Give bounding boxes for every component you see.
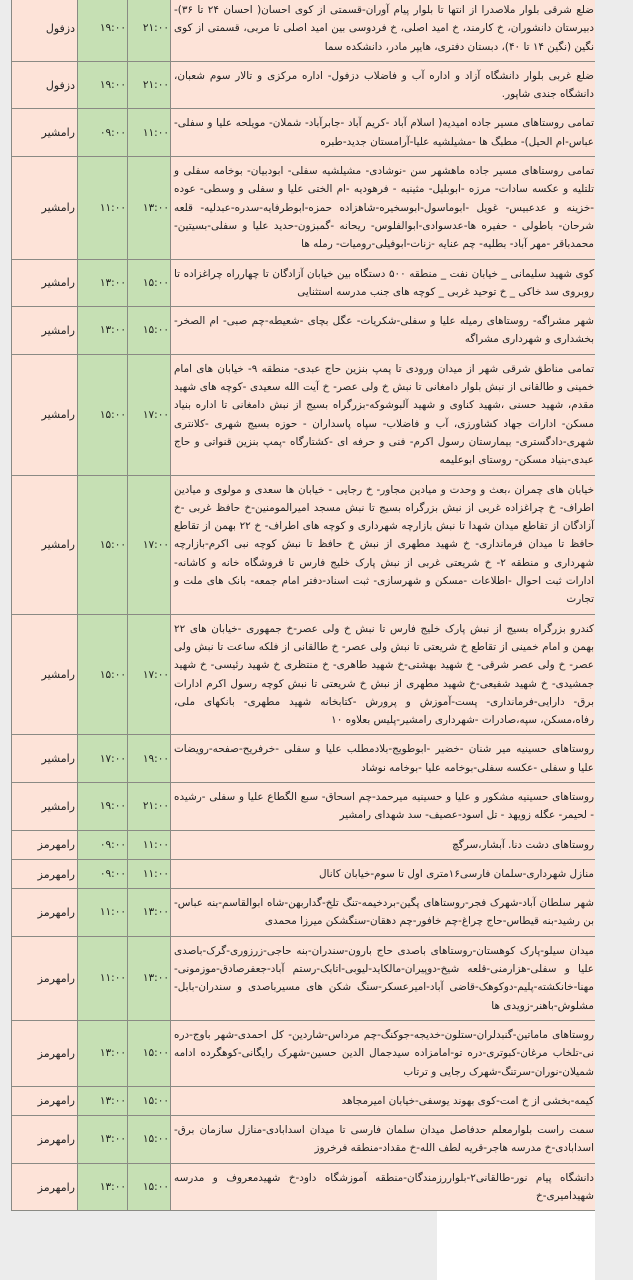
table-row: رامشیر ۱۵:۰۰ ۱۷:۰۰ تمامی مناطق شرقی شهر … (12, 354, 596, 475)
areas-cell: ضلع غربی بلوار دانشگاه آزاد و اداره آب و… (171, 61, 596, 109)
end-time-cell: ۲۱:۰۰ (128, 782, 171, 830)
areas-cell: سمت راست بلوارمعلم حدفاصل میدان سلمان فا… (171, 1116, 596, 1164)
areas-cell: کندرو بزرگراه بسیج از نبش پارک خلیج فارس… (171, 614, 596, 735)
city-cell: رامهرمز (12, 1116, 78, 1164)
city-cell: رامشیر (12, 307, 78, 355)
city-cell: رامشیر (12, 259, 78, 307)
start-time-cell: ۰۹:۰۰ (78, 830, 128, 859)
end-time-cell: ۱۳:۰۰ (128, 936, 171, 1020)
scroll-gutter (595, 0, 633, 1280)
table-row: رامهرمز ۰۹:۰۰ ۱۱:۰۰ روستاهای دشت دنا. آب… (12, 830, 596, 859)
table-row: رامشیر ۱۹:۰۰ ۲۱:۰۰ روستاهای حسینیه مشکور… (12, 782, 596, 830)
table-row: رامهرمز ۱۳:۰۰ ۱۵:۰۰ کیمه-بخشی از خ امت-ک… (12, 1086, 596, 1115)
end-time-cell: ۱۳:۰۰ (128, 889, 171, 937)
start-time-cell: ۱۳:۰۰ (78, 1116, 128, 1164)
areas-cell: روستاهای دشت دنا. آبشار،سرگچ (171, 830, 596, 859)
end-time-cell: ۱۵:۰۰ (128, 1163, 171, 1211)
end-time-cell: ۱۷:۰۰ (128, 614, 171, 735)
city-cell: رامشیر (12, 157, 78, 259)
city-cell: رامهرمز (12, 936, 78, 1020)
table-row: رامشیر ۱۵:۰۰ ۱۷:۰۰ خیابان های چمران ،بعث… (12, 475, 596, 614)
areas-cell: خیابان های چمران ،بعث و وحدت و میادین مج… (171, 475, 596, 614)
end-time-cell: ۲۱:۰۰ (128, 0, 171, 61)
start-time-cell: ۰۹:۰۰ (78, 109, 128, 157)
start-time-cell: ۱۹:۰۰ (78, 782, 128, 830)
city-cell: رامشیر (12, 109, 78, 157)
city-cell: رامشیر (12, 735, 78, 783)
start-time-cell: ۱۱:۰۰ (78, 889, 128, 937)
table-row: رامهرمز ۱۳:۰۰ ۱۵:۰۰ دانشگاه پیام نور-طال… (12, 1163, 596, 1211)
city-cell: رامهرمز (12, 830, 78, 859)
areas-cell: تمامی روستاهای مسیر جاده ماهشهر سن -نوشا… (171, 157, 596, 259)
end-time-cell: ۱۳:۰۰ (128, 157, 171, 259)
table-row: رامشیر ۱۱:۰۰ ۱۳:۰۰ تمامی روستاهای مسیر ج… (12, 157, 596, 259)
areas-cell: روستاهای حسینیه مشکور و علیا و حسینیه می… (171, 782, 596, 830)
start-time-cell: ۱۵:۰۰ (78, 614, 128, 735)
areas-cell: کیمه-بخشی از خ امت-کوی بهوند یوسفی-خیابا… (171, 1086, 596, 1115)
end-time-cell: ۱۹:۰۰ (128, 735, 171, 783)
city-cell: دزفول (12, 0, 78, 61)
city-cell: رامهرمز (12, 859, 78, 888)
end-time-cell: ۲۱:۰۰ (128, 61, 171, 109)
start-time-cell: ۱۹:۰۰ (78, 61, 128, 109)
areas-cell: تمامی مناطق شرقی شهر از میدان ورودی تا پ… (171, 354, 596, 475)
areas-cell: کوی شهید سلیمانی _ خیابان نفت _ منطقه ۵۰… (171, 259, 596, 307)
areas-cell: میدان سیلو-پارک کوهستان-روستاهای باصدی ح… (171, 936, 596, 1020)
city-cell: رامشیر (12, 614, 78, 735)
table-row: رامشیر ۱۳:۰۰ ۱۵:۰۰ کوی شهید سلیمانی _ خی… (12, 259, 596, 307)
city-cell: رامهرمز (12, 889, 78, 937)
start-time-cell: ۰۹:۰۰ (78, 859, 128, 888)
table-row: رامشیر ۱۷:۰۰ ۱۹:۰۰ روستاهای حسینیه میر ش… (12, 735, 596, 783)
end-time-cell: ۱۵:۰۰ (128, 1020, 171, 1086)
start-time-cell: ۱۳:۰۰ (78, 1020, 128, 1086)
table-row: رامشیر ۰۹:۰۰ ۱۱:۰۰ تمامی روستاهای مسیر ج… (12, 109, 596, 157)
table-row: رامهرمز ۱۱:۰۰ ۱۳:۰۰ میدان سیلو-پارک کوهس… (12, 936, 596, 1020)
start-time-cell: ۱۳:۰۰ (78, 259, 128, 307)
end-time-cell: ۱۵:۰۰ (128, 307, 171, 355)
end-time-cell: ۱۱:۰۰ (128, 109, 171, 157)
end-time-cell: ۱۵:۰۰ (128, 1116, 171, 1164)
areas-cell: روستاهای ماماتین-گنبدلران-ستلون-خدیجه-جو… (171, 1020, 596, 1086)
table-row: رامهرمز ۰۹:۰۰ ۱۱:۰۰ منازل شهرداری-سلمان … (12, 859, 596, 888)
table-row: رامهرمز ۱۳:۰۰ ۱۵:۰۰ سمت راست بلوارمعلم ح… (12, 1116, 596, 1164)
areas-cell: منازل شهرداری-سلمان فارسی۱۶متری اول تا س… (171, 859, 596, 888)
table-row: رامشیر ۱۵:۰۰ ۱۷:۰۰ کندرو بزرگراه بسیج از… (12, 614, 596, 735)
areas-cell: تمامی روستاهای مسیر جاده امیدیه( اسلام آ… (171, 109, 596, 157)
start-time-cell: ۱۹:۰۰ (78, 0, 128, 61)
end-time-cell: ۱۷:۰۰ (128, 475, 171, 614)
city-cell: رامشیر (12, 354, 78, 475)
areas-cell: روستاهای حسینیه میر شنان -خضیر -ابوطویج-… (171, 735, 596, 783)
areas-cell: شهر سلطان آباد-شهرک فجر-روستاهای پگین-بر… (171, 889, 596, 937)
start-time-cell: ۱۱:۰۰ (78, 936, 128, 1020)
table-row: رامشیر ۱۳:۰۰ ۱۵:۰۰ شهر مشراگه- روستاهای … (12, 307, 596, 355)
areas-cell: دانشگاه پیام نور-طالقانی۲-بلواررزمندگان-… (171, 1163, 596, 1211)
table-row: دزفول ۱۹:۰۰ ۲۱:۰۰ ضلع غربی بلوار دانشگاه… (12, 61, 596, 109)
areas-cell: ضلع شرقی بلوار ملاصدرا از انتها تا بلوار… (171, 0, 596, 61)
city-cell: دزفول (12, 61, 78, 109)
areas-cell: شهر مشراگه- روستاهای رمیله علیا و سفلی-ش… (171, 307, 596, 355)
table-row: رامهرمز ۱۱:۰۰ ۱۳:۰۰ شهر سلطان آباد-شهرک … (12, 889, 596, 937)
city-cell: رامشیر (12, 475, 78, 614)
start-time-cell: ۱۵:۰۰ (78, 354, 128, 475)
start-time-cell: ۱۳:۰۰ (78, 1163, 128, 1211)
end-time-cell: ۱۱:۰۰ (128, 859, 171, 888)
end-time-cell: ۱۵:۰۰ (128, 1086, 171, 1115)
city-cell: رامهرمز (12, 1020, 78, 1086)
city-cell: رامهرمز (12, 1086, 78, 1115)
end-time-cell: ۱۱:۰۰ (128, 830, 171, 859)
table-row: دزفول ۱۹:۰۰ ۲۱:۰۰ ضلع شرقی بلوار ملاصدرا… (12, 0, 596, 61)
city-cell: رامهرمز (12, 1163, 78, 1211)
start-time-cell: ۱۳:۰۰ (78, 307, 128, 355)
schedule-table: دزفول ۱۹:۰۰ ۲۱:۰۰ ضلع شرقی بلوار ملاصدرا… (11, 0, 595, 1211)
start-time-cell: ۱۱:۰۰ (78, 157, 128, 259)
table-row: رامهرمز ۱۳:۰۰ ۱۵:۰۰ روستاهای ماماتین-گنب… (12, 1020, 596, 1086)
end-time-cell: ۱۵:۰۰ (128, 259, 171, 307)
start-time-cell: ۱۷:۰۰ (78, 735, 128, 783)
outage-schedule-table: دزفول ۱۹:۰۰ ۲۱:۰۰ ضلع شرقی بلوار ملاصدرا… (11, 0, 595, 1280)
city-cell: رامشیر (12, 782, 78, 830)
start-time-cell: ۱۵:۰۰ (78, 475, 128, 614)
end-time-cell: ۱۷:۰۰ (128, 354, 171, 475)
start-time-cell: ۱۳:۰۰ (78, 1086, 128, 1115)
